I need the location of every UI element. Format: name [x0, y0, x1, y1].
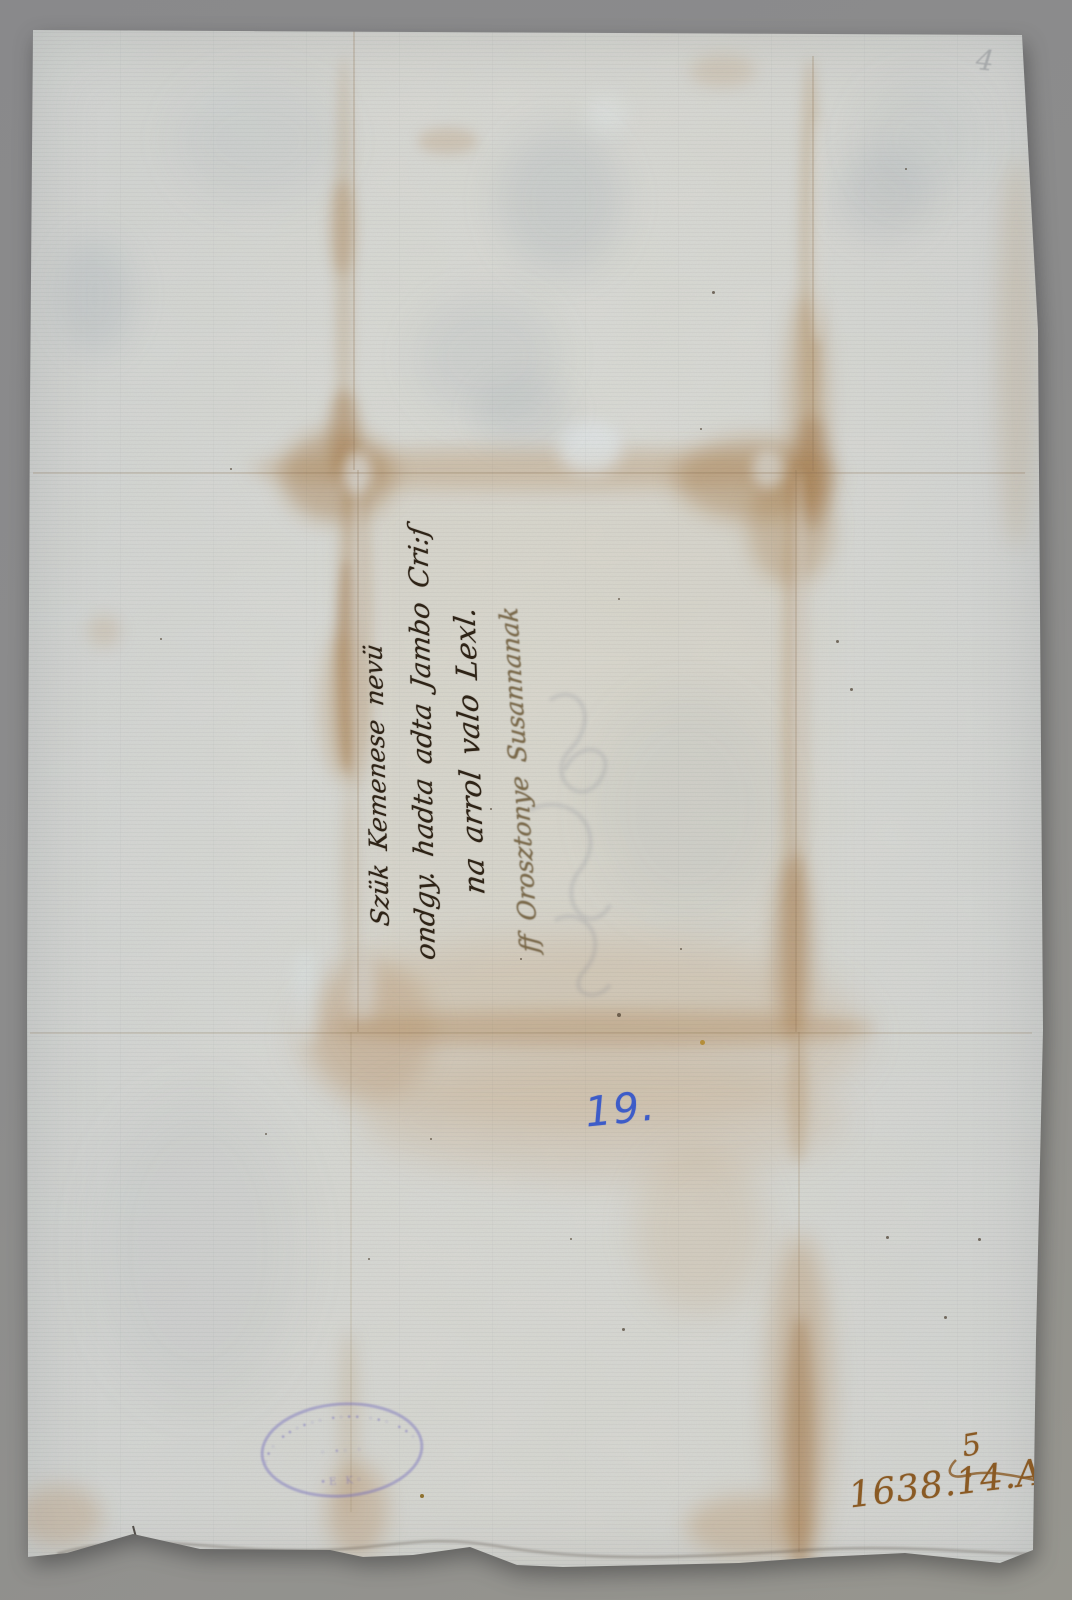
letter-paper-sheet: Szük Kemenese nevü ondgy. hadta adta Jam…	[27, 28, 1043, 1570]
stain-blob	[800, 58, 820, 488]
fold-crease-left-upper	[353, 30, 355, 470]
stain-blob	[58, 238, 133, 353]
stain-blob	[635, 1145, 765, 1315]
dirt-speck	[570, 1238, 572, 1240]
dirt-speck	[160, 638, 162, 640]
paper-shadow: Szük Kemenese nevü ondgy. hadta adta Jam…	[0, 0, 1072, 1600]
photograph-of-letter-verso: Szük Kemenese nevü ondgy. hadta adta Jam…	[0, 0, 1072, 1600]
stain-blob	[558, 422, 622, 474]
fold-crease-right-upper	[812, 56, 814, 471]
dirt-speck	[836, 640, 839, 643]
stamp-lower-text: •E K◦	[320, 1474, 365, 1488]
dirt-speck	[850, 688, 853, 691]
corner-pencil-mark: 4	[974, 43, 995, 78]
fold-crease-horizontal-upper	[33, 472, 1025, 474]
stamp-top-arc-text: ◦•◦ ••◦•◦◦ •◦•• ◦•◦ ••◦	[259, 1408, 421, 1466]
dirt-speck	[905, 168, 907, 170]
dirt-speck	[700, 428, 702, 430]
stain-blob	[418, 128, 478, 154]
stain-blob	[330, 180, 354, 275]
stain-blob	[328, 390, 360, 480]
dirt-speck	[265, 1133, 267, 1135]
stain-blob	[585, 95, 625, 135]
handwritten-address-block: Szük Kemenese nevü ondgy. hadta adta Jam…	[352, 505, 544, 975]
stain-blob	[294, 948, 318, 1043]
svg-text:◦•◦ ••◦•◦◦ •◦•• ◦•◦ ••◦: ◦•◦ ••◦•◦◦ •◦•• ◦•◦ ••◦	[259, 1408, 421, 1466]
fold-crease-right-lower	[798, 1032, 800, 1552]
fold-crease-horizontal-lower	[30, 1032, 1032, 1034]
stamp-center-text: ◦ •◦ ◦	[320, 1445, 366, 1458]
dirt-speck	[712, 291, 715, 294]
stain-blob	[175, 78, 340, 203]
stain-blob	[415, 295, 560, 420]
fold-crease-right-middle	[795, 470, 797, 1032]
dirt-speck	[944, 1316, 947, 1319]
dirt-speck	[368, 1258, 370, 1260]
dirt-speck	[886, 1236, 889, 1239]
stain-blob	[336, 55, 352, 475]
bottom-edge-fold-shadow	[27, 1498, 1043, 1570]
dirt-speck	[230, 468, 232, 470]
stain-blob	[690, 55, 755, 87]
stain-blob	[860, 80, 980, 200]
stain-blob	[835, 148, 930, 240]
stain-blob	[498, 128, 623, 273]
oval-archive-stamp: ◦•◦ ••◦•◦◦ •◦•• ◦•◦ ••◦ ◦ •◦ ◦ •E K◦	[252, 1392, 432, 1512]
stain-blob	[476, 376, 571, 448]
dirt-speck	[430, 1138, 432, 1140]
dirt-speck	[978, 1238, 981, 1241]
stain-blob	[998, 158, 1034, 548]
archive-number-blue-ink: 19.	[583, 1081, 659, 1136]
dirt-speck	[622, 1328, 625, 1331]
stain-blob	[95, 1095, 300, 1400]
stain-blob	[88, 615, 120, 647]
